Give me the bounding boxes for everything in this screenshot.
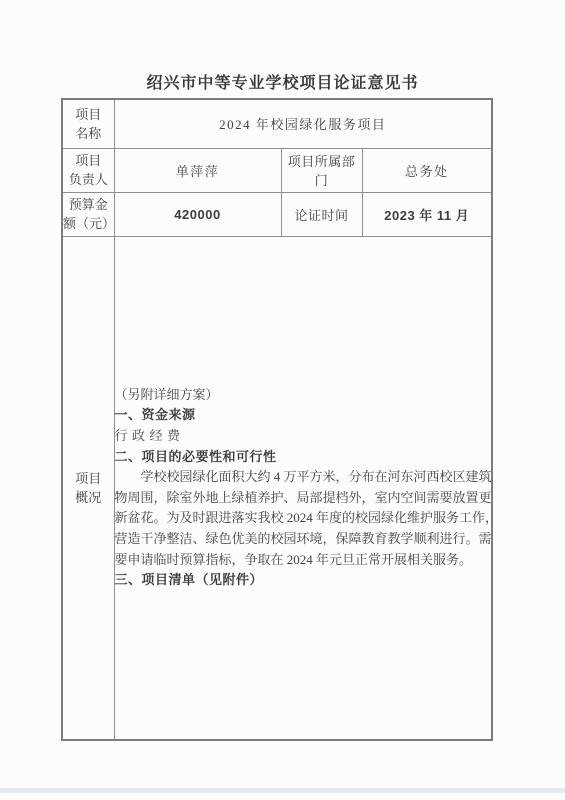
- project-name-value: 2024 年校园绿化服务项目: [114, 99, 492, 148]
- department-value: 总务处: [362, 148, 492, 192]
- budget-label-line1: 预算金: [63, 195, 114, 214]
- row-project-name: 项目 名称 2024 年校园绿化服务项目: [62, 99, 492, 148]
- row-leader-department: 项目 负责人 单萍萍 项目所属部门 总务处: [62, 148, 492, 192]
- overview-label-line1: 项目: [63, 469, 114, 488]
- project-name-label: 项目 名称: [62, 99, 114, 148]
- overview-paragraph-line-1: 学校校园绿化面积大约 4 万平方米，分布在河东河西校区建筑: [115, 467, 492, 488]
- overview-funding-source: 行政经费: [115, 426, 492, 447]
- scan-edge-strip: [0, 788, 565, 793]
- department-label: 项目所属部门: [281, 148, 362, 192]
- overview-section-1-heading: 一、资金来源: [115, 405, 492, 426]
- demonstration-time-label: 论证时间: [281, 192, 362, 236]
- budget-label-line2: 额（元）: [63, 214, 114, 233]
- overview-paragraph-line-4: 营造干净整洁、绿色优美的校园环境，保障教育教学顺利进行。需: [115, 529, 492, 550]
- row-budget-time: 预算金 额（元） 420000 论证时间 2023 年 11 月: [62, 192, 492, 236]
- row-overview: 项目 概况 （另附详细方案） 一、资金来源 行政经费 二、项目的必要性和可行性 …: [62, 236, 492, 740]
- overview-paragraph-line-3: 新盆花。为及时跟进落实我校 2024 年度的校园绿化维护服务工作，: [115, 508, 492, 529]
- budget-label: 预算金 额（元）: [62, 192, 114, 236]
- overview-paragraph-line-2: 物周围，除室外地上绿植养护、局部提档外，室内空间需要放置更: [115, 488, 492, 509]
- overview-section-2-heading: 二、项目的必要性和可行性: [115, 447, 492, 468]
- document-title: 绍兴市中等专业学校项目论证意见书: [0, 70, 565, 93]
- project-demonstration-form: 项目 名称 2024 年校园绿化服务项目 项目 负责人 单萍萍 项目所属部门 总…: [61, 98, 493, 741]
- demonstration-time-value: 2023 年 11 月: [362, 192, 492, 236]
- project-leader-value: 单萍萍: [114, 148, 281, 192]
- overview-content: （另附详细方案） 一、资金来源 行政经费 二、项目的必要性和可行性 学校校园绿化…: [114, 236, 492, 740]
- project-leader-label-line2: 负责人: [63, 170, 114, 189]
- overview-label-line2: 概况: [63, 488, 114, 507]
- project-name-label-line2: 名称: [63, 124, 114, 143]
- scanned-document-page: 绍兴市中等专业学校项目论证意见书 项目 名称 2024 年校园绿化服务项目 项目…: [0, 0, 565, 800]
- overview-paragraph-line-5: 要申请临时预算指标，争取在 2024 年元旦正常开展相关服务。: [115, 550, 492, 571]
- overview-label: 项目 概况: [62, 236, 114, 740]
- project-leader-label-line1: 项目: [63, 151, 114, 170]
- project-leader-label: 项目 负责人: [62, 148, 114, 192]
- overview-section-3-heading: 三、项目清单（见附件）: [115, 570, 492, 591]
- overview-note: （另附详细方案）: [115, 385, 492, 406]
- budget-value: 420000: [114, 192, 281, 236]
- project-name-label-line1: 项目: [63, 105, 114, 124]
